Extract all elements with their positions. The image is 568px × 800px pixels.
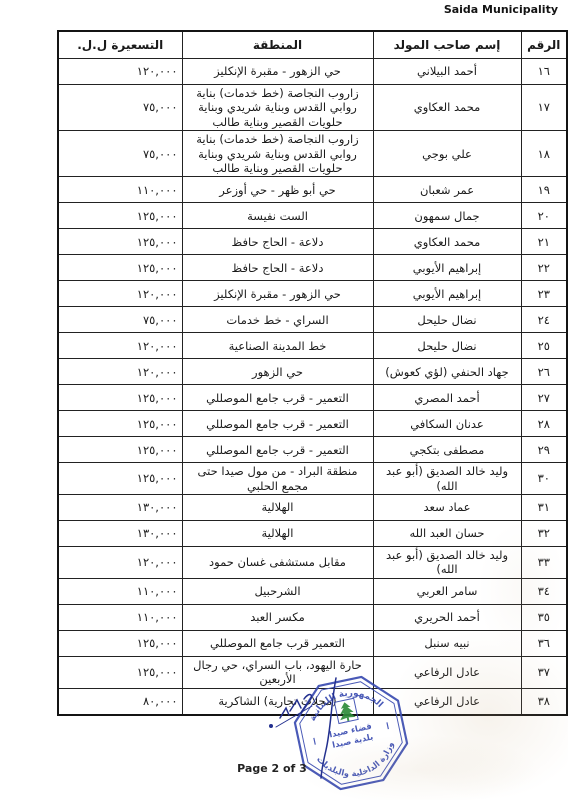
- price-cell: ١١٠,٠٠٠: [58, 177, 182, 203]
- owner-name-cell: أحمد المصري: [373, 385, 521, 411]
- table-row: ٢٩ مصطفى بتكجي التعمير - قرب جامع الموصل…: [58, 437, 567, 463]
- price-cell: ١٣٠,٠٠٠: [58, 495, 182, 521]
- stamp-seal-icon: الجمهورية اللبنانية وزارة الداخلية والبل…: [281, 663, 421, 800]
- column-header-price: التسعيرة ل.ل.: [58, 31, 182, 59]
- table-row: ٣٣ وليد خالد الصديق (أبو عبد الله) مقابل…: [58, 547, 567, 579]
- owner-name-cell: وليد خالد الصديق (أبو عبد الله): [373, 463, 521, 495]
- table-row: ٢٣ إبراهيم الأيوبي حي الزهور - مقبرة الإ…: [58, 281, 567, 307]
- region-cell: حي الزهور: [182, 359, 373, 385]
- region-cell: زاروب النجاصة (خط خدمات) بناية روابي الق…: [182, 131, 373, 177]
- region-cell: حي الزهور - مقبرة الإنكليز: [182, 281, 373, 307]
- table-row: ٣٥ أحمد الحريري مكسر العبد ١١٠,٠٠٠: [58, 604, 567, 630]
- price-cell: ١٢٥,٠٠٠: [58, 463, 182, 495]
- table-header-row: الرقم إسم صاحب المولد المنطقة التسعيرة ل…: [58, 31, 567, 59]
- owner-name-cell: نضال حليحل: [373, 333, 521, 359]
- row-number-cell: ١٦: [521, 59, 567, 85]
- table-row: ١٧ محمد العكاوي زاروب النجاصة (خط خدمات)…: [58, 85, 567, 131]
- table-row: ٣٢ حسان العبد الله الهلالية ١٣٠,٠٠٠: [58, 521, 567, 547]
- row-number-cell: ٣٠: [521, 463, 567, 495]
- price-cell: ٧٥,٠٠٠: [58, 307, 182, 333]
- owner-name-cell: عدنان السكافي: [373, 411, 521, 437]
- owner-name-cell: أحمد الحريري: [373, 604, 521, 630]
- row-number-cell: ١٩: [521, 177, 567, 203]
- price-cell: ١٢٠,٠٠٠: [58, 359, 182, 385]
- row-number-cell: ٢٨: [521, 411, 567, 437]
- region-cell: التعمير - قرب جامع الموصللي: [182, 437, 373, 463]
- row-number-cell: ٣٤: [521, 578, 567, 604]
- region-cell: حي أبو ظهر - حي أوزعر: [182, 177, 373, 203]
- region-cell: السراي - خط خدمات: [182, 307, 373, 333]
- table-row: ٢٧ أحمد المصري التعمير - قرب جامع الموصل…: [58, 385, 567, 411]
- owner-name-cell: مصطفى بتكجي: [373, 437, 521, 463]
- owner-name-cell: عمر شعبان: [373, 177, 521, 203]
- row-number-cell: ٣٥: [521, 604, 567, 630]
- owner-name-cell: جهاد الحنفي (لؤي كعوش): [373, 359, 521, 385]
- region-cell: زاروب النجاصة (خط خدمات) بناية روابي الق…: [182, 85, 373, 131]
- region-cell: مكسر العبد: [182, 604, 373, 630]
- price-cell: ١٢٥,٠٠٠: [58, 203, 182, 229]
- table-row: ٣٤ سامر العربي الشرحبيل ١١٠,٠٠٠: [58, 578, 567, 604]
- region-cell: دلاعة - الحاج حافظ: [182, 229, 373, 255]
- row-number-cell: ٣٣: [521, 547, 567, 579]
- price-cell: ١٢٠,٠٠٠: [58, 333, 182, 359]
- owner-name-cell: جمال سمهون: [373, 203, 521, 229]
- price-cell: ٧٥,٠٠٠: [58, 131, 182, 177]
- row-number-cell: ١٧: [521, 85, 567, 131]
- table-row: ٣١ عماد سعد الهلالية ١٣٠,٠٠٠: [58, 495, 567, 521]
- owner-name-cell: إبراهيم الأيوبي: [373, 255, 521, 281]
- table-row: ١٩ عمر شعبان حي أبو ظهر - حي أوزعر ١١٠,٠…: [58, 177, 567, 203]
- row-number-cell: ٢٣: [521, 281, 567, 307]
- price-cell: ١١٠,٠٠٠: [58, 578, 182, 604]
- table-row: ٢٤ نضال حليحل السراي - خط خدمات ٧٥,٠٠٠: [58, 307, 567, 333]
- row-number-cell: ٢٧: [521, 385, 567, 411]
- owner-name-cell: نبيه سنبل: [373, 630, 521, 656]
- owner-name-cell: عماد سعد: [373, 495, 521, 521]
- row-number-cell: ٣١: [521, 495, 567, 521]
- region-cell: الشرحبيل: [182, 578, 373, 604]
- row-number-cell: ١٨: [521, 131, 567, 177]
- row-number-cell: ٢٥: [521, 333, 567, 359]
- page-number: Page 2 of 3: [0, 762, 544, 775]
- cedar-tree-icon: [337, 701, 356, 723]
- price-cell: ١١٠,٠٠٠: [58, 604, 182, 630]
- row-number-cell: ٢٤: [521, 307, 567, 333]
- row-number-cell: ٣٢: [521, 521, 567, 547]
- owner-name-cell: محمد العكاوي: [373, 85, 521, 131]
- table-row: ٢٨ عدنان السكافي التعمير - قرب جامع المو…: [58, 411, 567, 437]
- price-cell: ١٢٥,٠٠٠: [58, 385, 182, 411]
- owner-name-cell: نضال حليحل: [373, 307, 521, 333]
- document-title: Saida Municipality: [444, 3, 558, 16]
- owner-name-cell: محمد العكاوي: [373, 229, 521, 255]
- row-number-cell: ٣٨: [521, 688, 567, 715]
- generator-pricing-table: الرقم إسم صاحب المولد المنطقة التسعيرة ل…: [57, 30, 568, 716]
- price-cell: ١٢٠,٠٠٠: [58, 59, 182, 85]
- price-cell: ١٢٥,٠٠٠: [58, 411, 182, 437]
- row-number-cell: ٢١: [521, 229, 567, 255]
- table-row: ١٨ علي بوجي زاروب النجاصة (خط خدمات) بنا…: [58, 131, 567, 177]
- price-cell: ١٢٥,٠٠٠: [58, 630, 182, 656]
- price-cell: ١٣٠,٠٠٠: [58, 521, 182, 547]
- owner-name-cell: وليد خالد الصديق (أبو عبد الله): [373, 547, 521, 579]
- price-cell: ١٢٥,٠٠٠: [58, 229, 182, 255]
- municipality-stamp: الجمهورية اللبنانية وزارة الداخلية والبل…: [281, 663, 421, 800]
- region-cell: دلاعة - الحاج حافظ: [182, 255, 373, 281]
- table-row: ٢١ محمد العكاوي دلاعة - الحاج حافظ ١٢٥,٠…: [58, 229, 567, 255]
- row-number-cell: ٢٠: [521, 203, 567, 229]
- region-cell: الهلالية: [182, 521, 373, 547]
- price-cell: ٧٥,٠٠٠: [58, 85, 182, 131]
- price-cell: ١٢٠,٠٠٠: [58, 547, 182, 579]
- region-cell: خط المدينة الصناعية: [182, 333, 373, 359]
- region-cell: التعمير - قرب جامع الموصللي: [182, 411, 373, 437]
- region-cell: منطقة البراد - من مول صيدا حتى مجمع الحل…: [182, 463, 373, 495]
- table-row: ٢٥ نضال حليحل خط المدينة الصناعية ١٢٠,٠٠…: [58, 333, 567, 359]
- column-header-number: الرقم: [521, 31, 567, 59]
- row-number-cell: ٣٧: [521, 656, 567, 688]
- row-number-cell: ٣٦: [521, 630, 567, 656]
- price-cell: ١٢٥,٠٠٠: [58, 255, 182, 281]
- table-row: ٢٢ إبراهيم الأيوبي دلاعة - الحاج حافظ ١٢…: [58, 255, 567, 281]
- owner-name-cell: أحمد البيلاني: [373, 59, 521, 85]
- table-row: ١٦ أحمد البيلاني حي الزهور - مقبرة الإنك…: [58, 59, 567, 85]
- column-header-owner: إسم صاحب المولد: [373, 31, 521, 59]
- owner-name-cell: علي بوجي: [373, 131, 521, 177]
- region-cell: حي الزهور - مقبرة الإنكليز: [182, 59, 373, 85]
- column-header-region: المنطقة: [182, 31, 373, 59]
- owner-name-cell: إبراهيم الأيوبي: [373, 281, 521, 307]
- price-cell: ١٢٥,٠٠٠: [58, 437, 182, 463]
- table-row: ٣٦ نبيه سنبل التعمير قرب جامع الموصللي ١…: [58, 630, 567, 656]
- region-cell: الهلالية: [182, 495, 373, 521]
- row-number-cell: ٢٢: [521, 255, 567, 281]
- region-cell: مقابل مستشفى غسان حمود: [182, 547, 373, 579]
- region-cell: الست نفيسة: [182, 203, 373, 229]
- table-body: ١٦ أحمد البيلاني حي الزهور - مقبرة الإنك…: [58, 59, 567, 715]
- owner-name-cell: سامر العربي: [373, 578, 521, 604]
- table-row: ٢٠ جمال سمهون الست نفيسة ١٢٥,٠٠٠: [58, 203, 567, 229]
- region-cell: التعمير قرب جامع الموصللي: [182, 630, 373, 656]
- region-cell: التعمير - قرب جامع الموصللي: [182, 385, 373, 411]
- row-number-cell: ٢٦: [521, 359, 567, 385]
- table-row: ٢٦ جهاد الحنفي (لؤي كعوش) حي الزهور ١٢٠,…: [58, 359, 567, 385]
- price-cell: ١٢٥,٠٠٠: [58, 656, 182, 688]
- owner-name-cell: حسان العبد الله: [373, 521, 521, 547]
- price-cell: ١٢٠,٠٠٠: [58, 281, 182, 307]
- table-row: ٣٠ وليد خالد الصديق (أبو عبد الله) منطقة…: [58, 463, 567, 495]
- row-number-cell: ٢٩: [521, 437, 567, 463]
- price-cell: ٨٠,٠٠٠: [58, 688, 182, 715]
